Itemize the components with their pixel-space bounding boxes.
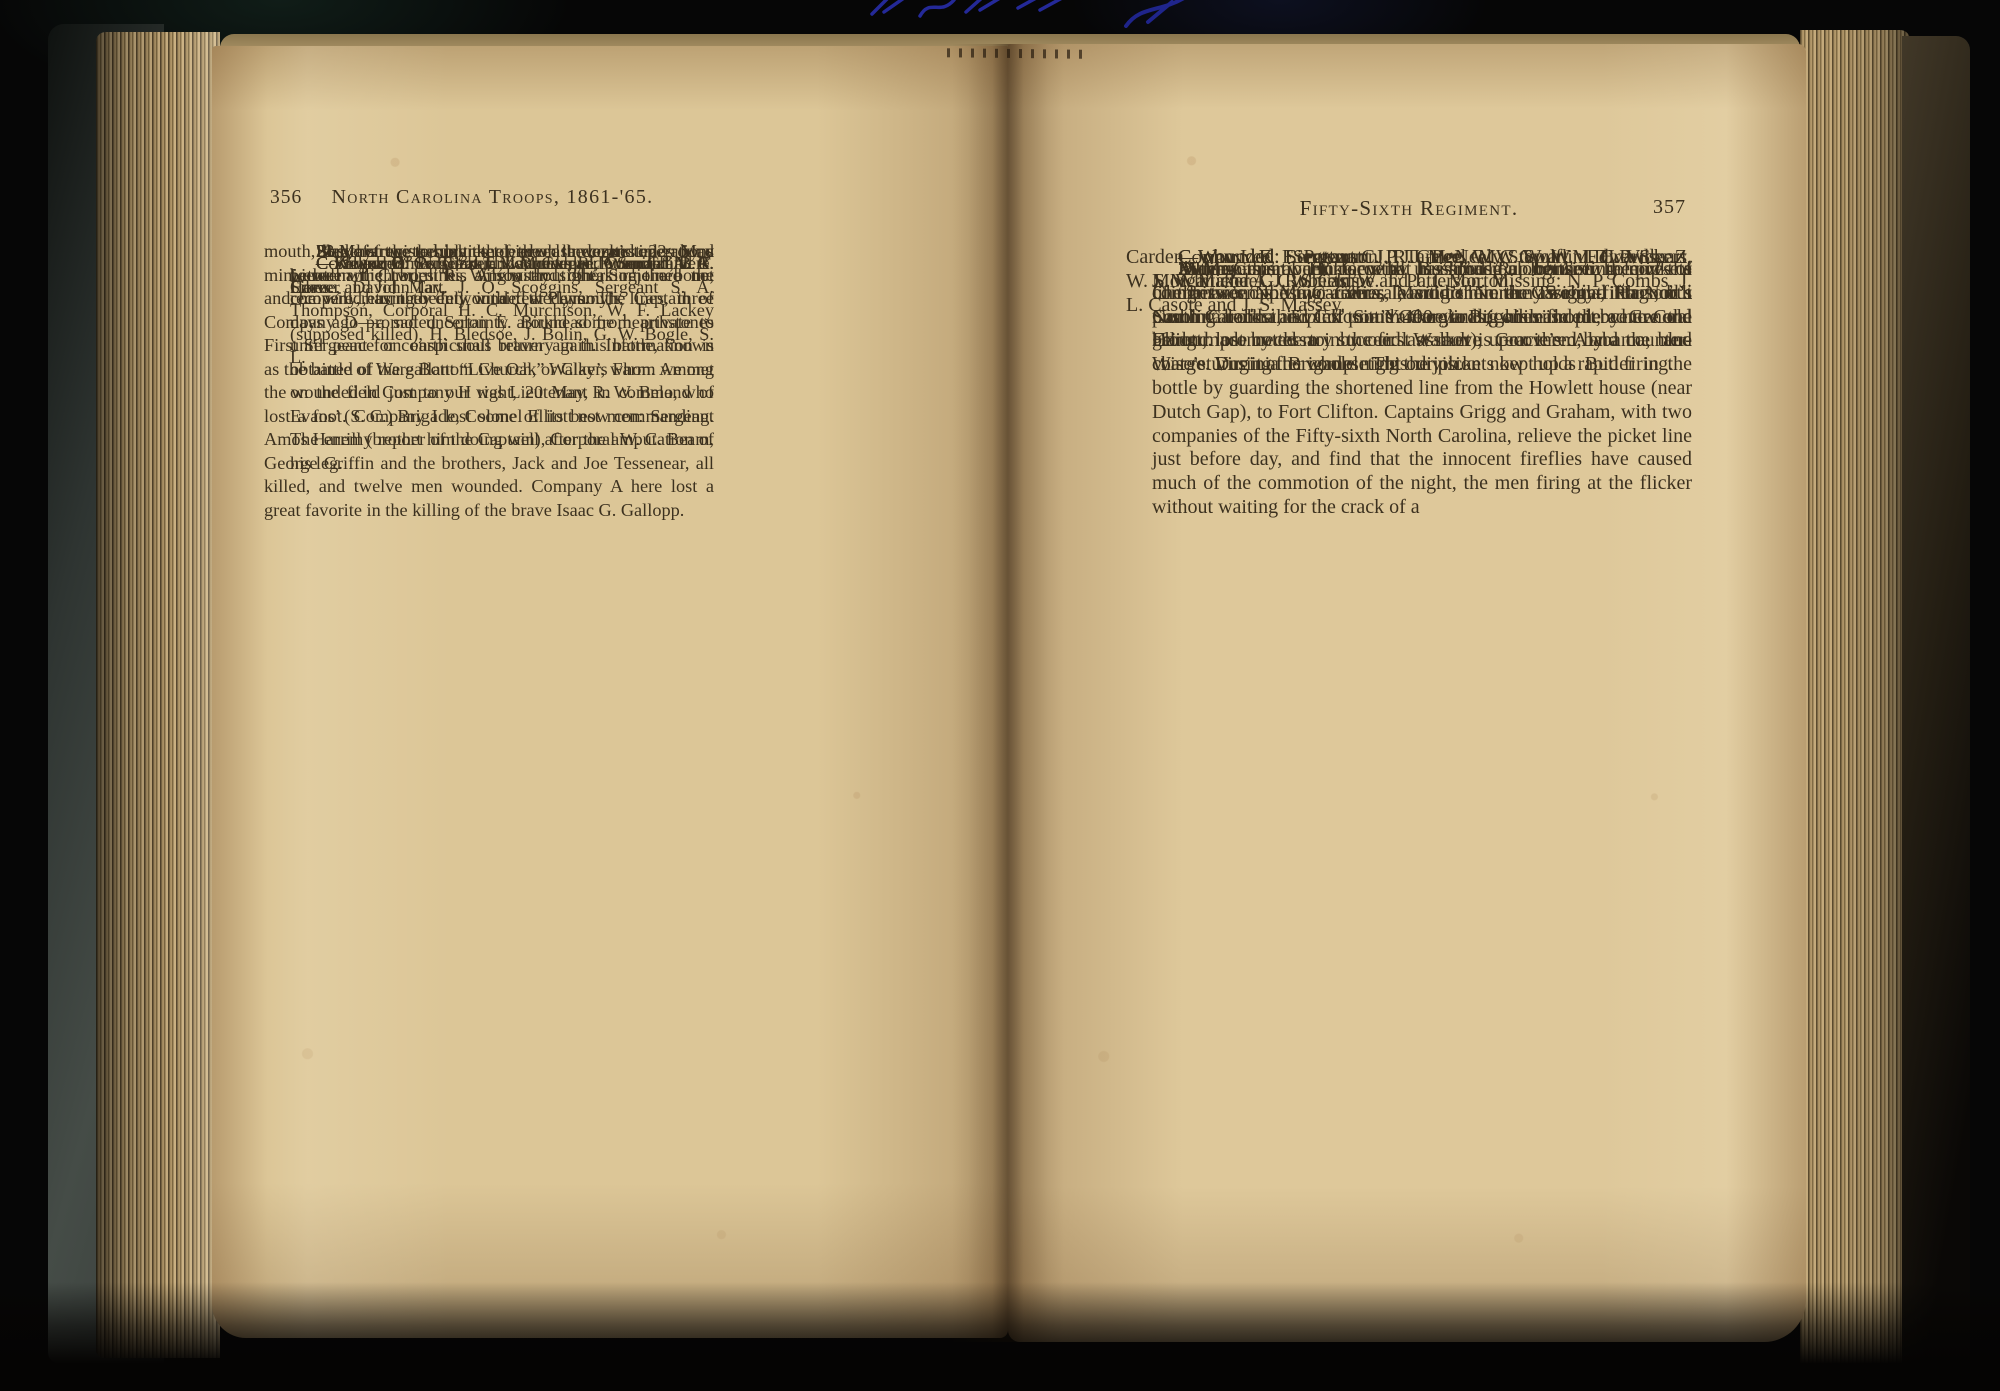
right-running-header-band: Fifty-Sixth Regiment. 357 bbox=[1126, 196, 1692, 226]
left-page-body: mouth, had his twisted blanket pierced a… bbox=[264, 240, 714, 252]
paper-foxing-spots bbox=[1008, 44, 1806, 1342]
right-page-body: Carden, John Lee, F. Patterson, T. J. Pe… bbox=[1126, 246, 1692, 258]
left-running-header-band: 356 North Carolina Troops, 1861-'65. bbox=[270, 186, 715, 216]
blue-pen-scribble-icon bbox=[862, 0, 1082, 20]
binding-stitches bbox=[938, 48, 1086, 59]
blue-pen-scribble-icon bbox=[1118, 0, 1198, 28]
page-edges-left-shade bbox=[96, 32, 220, 1358]
page-edges-right-shade bbox=[1800, 30, 1910, 1364]
book-photo: 356 North Carolina Troops, 1861-'65. mou… bbox=[0, 0, 2000, 1391]
page-edges-right-stack bbox=[1800, 30, 1910, 1364]
right-page bbox=[1008, 44, 1806, 1342]
page-edges-left-stack bbox=[96, 32, 220, 1358]
left-running-header: North Carolina Troops, 1861-'65. bbox=[270, 186, 715, 209]
book-cover-right bbox=[1902, 36, 1970, 1366]
right-running-header: Fifty-Sixth Regiment. bbox=[1126, 196, 1692, 221]
right-page-number: 357 bbox=[1653, 196, 1686, 219]
